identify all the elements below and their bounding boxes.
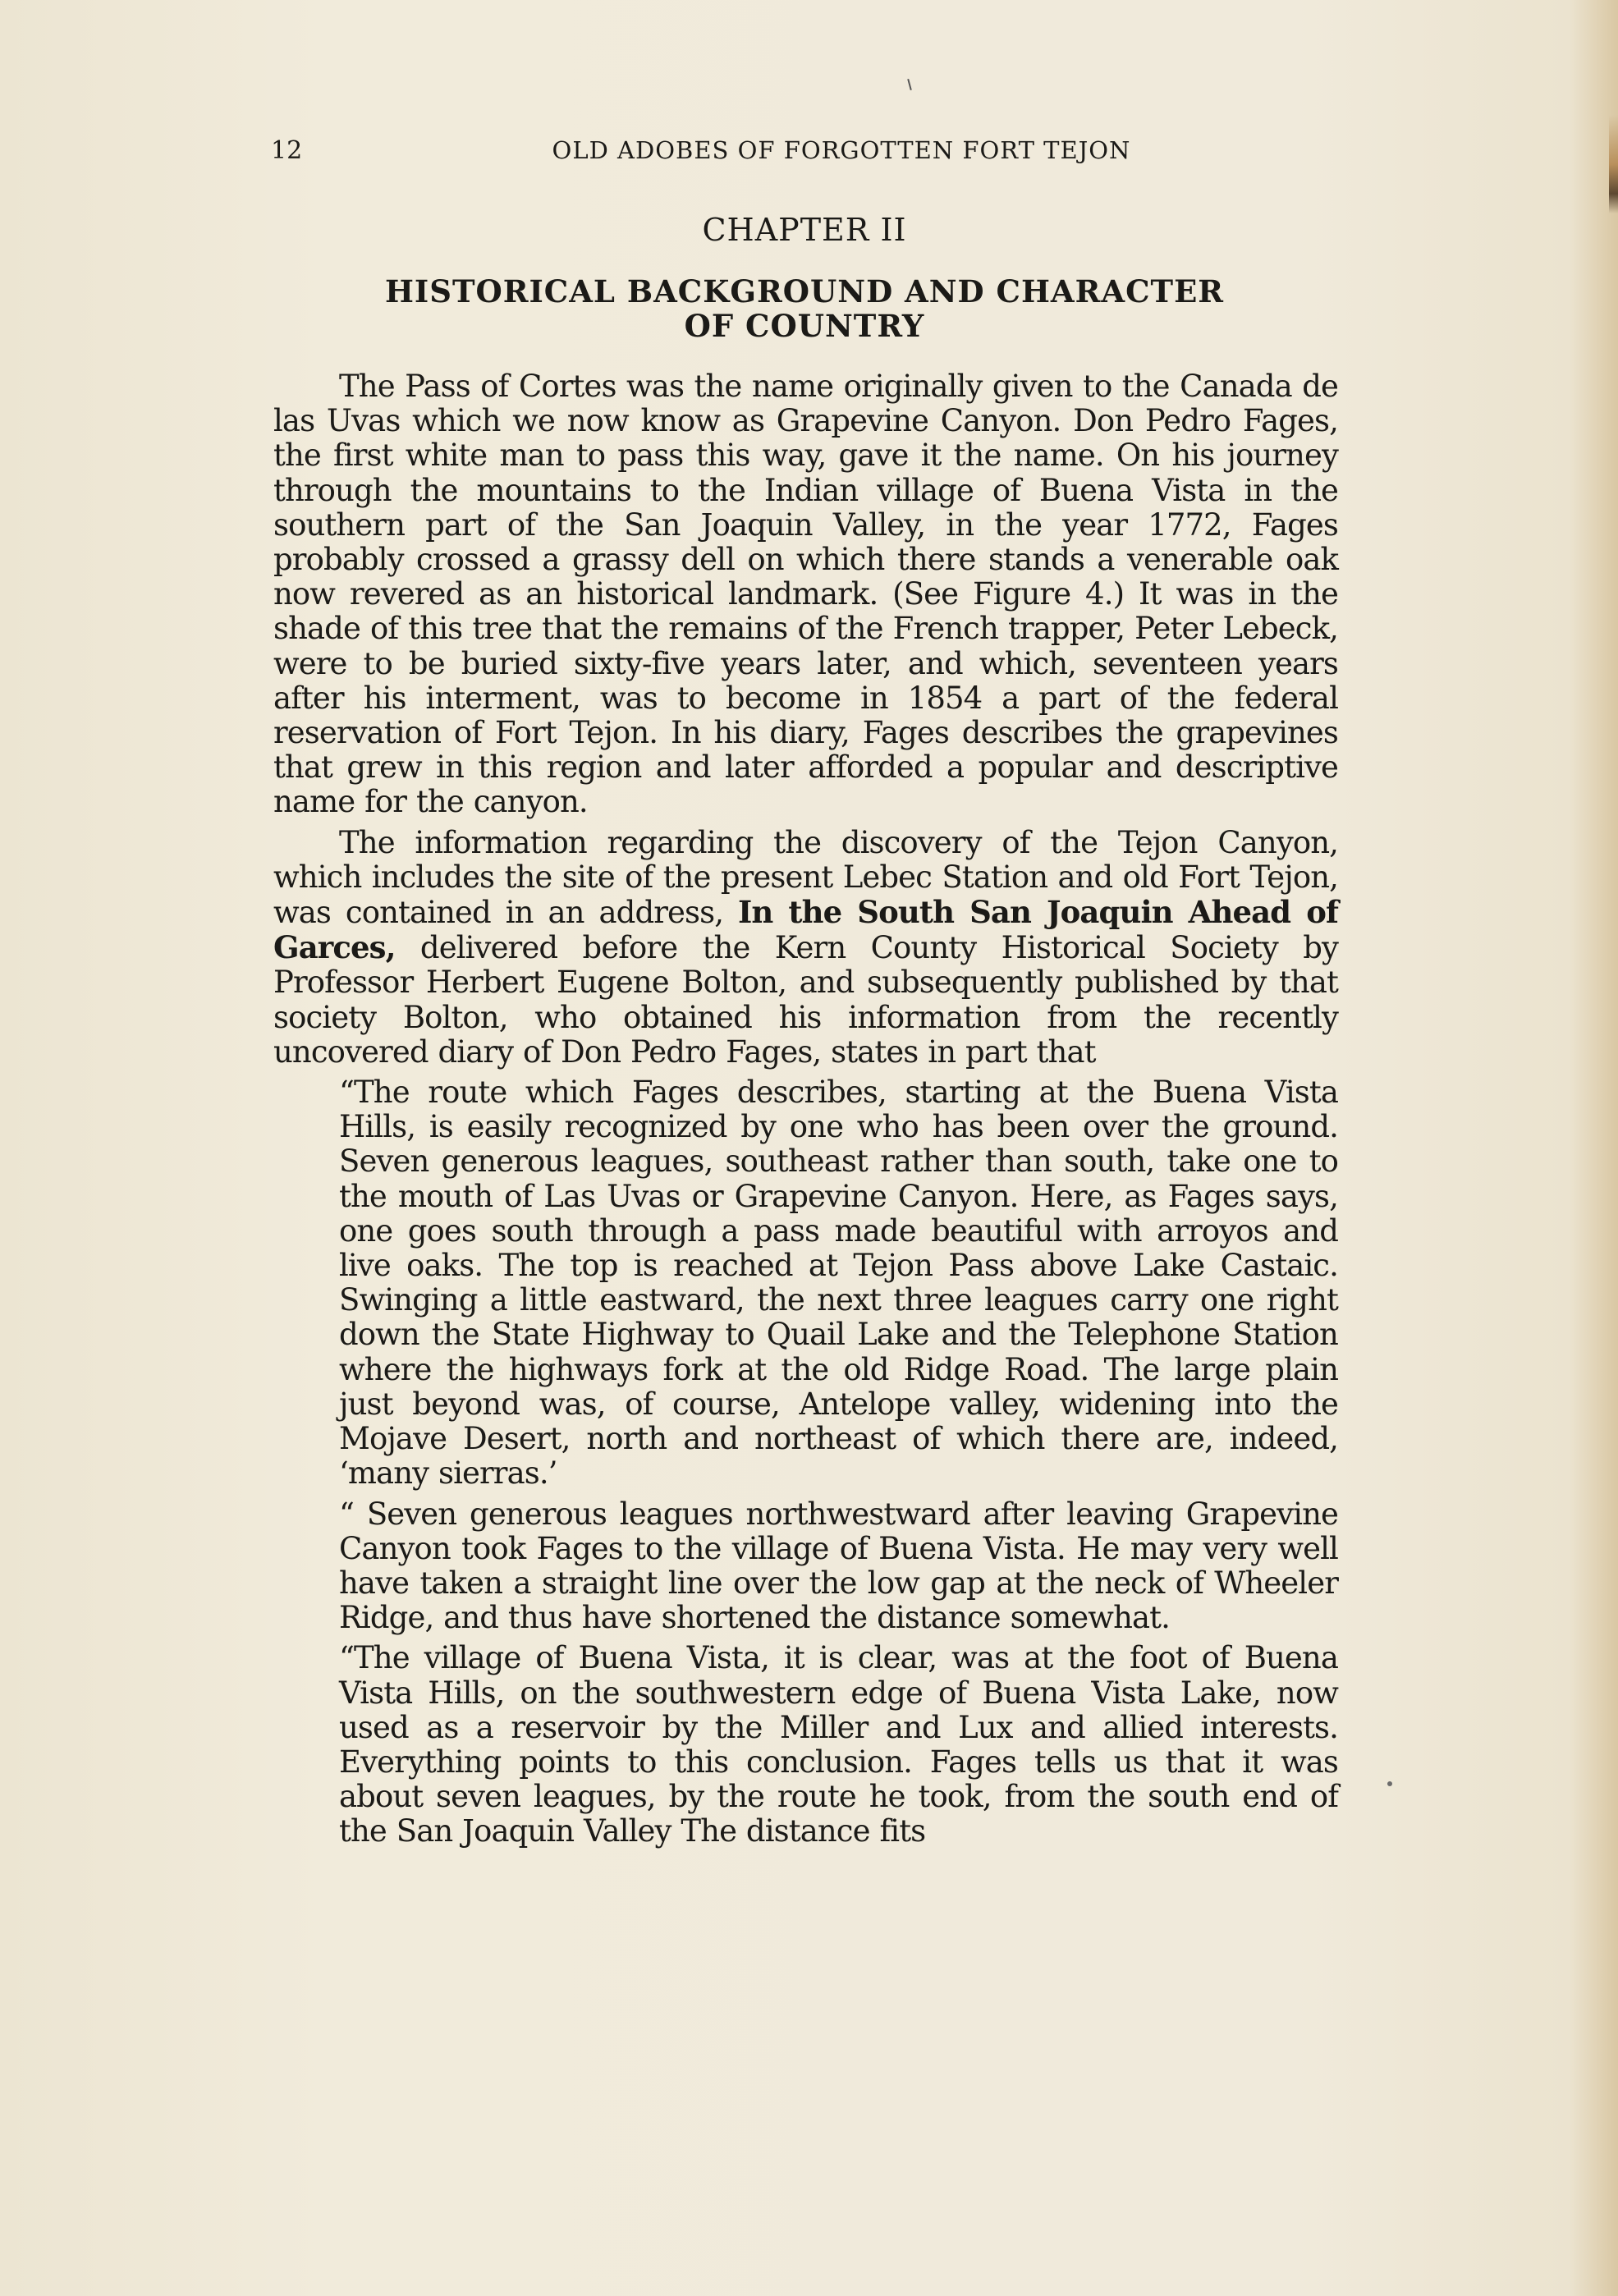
quote-paragraph-2: “ Seven generous leagues northwestward a…	[339, 1497, 1338, 1636]
quote-paragraph-3: “The village of Buena Vista, it is clear…	[339, 1641, 1338, 1849]
quote-paragraph-1: “The route which Fages describes, starti…	[339, 1075, 1338, 1491]
body-text: The Pass of Cortes was the name original…	[273, 369, 1338, 1855]
running-head: 12 OLD ADOBES OF FORGOTTEN FORT TEJON	[271, 136, 1338, 169]
running-title: OLD ADOBES OF FORGOTTEN FORT TEJON	[271, 136, 1412, 164]
page-edge-stain	[1609, 115, 1618, 213]
quote-1-text: “The route which Fages describes, starti…	[339, 1075, 1338, 1491]
paragraph-1: The Pass of Cortes was the name original…	[273, 369, 1338, 820]
chapter-title-line-1: HISTORICAL BACKGROUND AND CHARACTER	[271, 274, 1338, 309]
chapter-title: HISTORICAL BACKGROUND AND CHARACTER OF C…	[271, 274, 1338, 343]
scanned-page: 12 OLD ADOBES OF FORGOTTEN FORT TEJON CH…	[0, 0, 1618, 2296]
scan-mark	[907, 79, 912, 90]
quote-3-text: “The village of Buena Vista, it is clear…	[339, 1640, 1338, 1849]
quote-2-text: “ Seven generous leagues northwestward a…	[339, 1496, 1338, 1636]
ink-speck	[1387, 1781, 1392, 1786]
chapter-label: CHAPTER II	[271, 212, 1338, 248]
chapter-title-line-2: OF COUNTRY	[271, 309, 1338, 343]
paragraph-2: The information regarding the discovery …	[273, 826, 1338, 1070]
paragraph-2-text-b: delivered before the Kern County Histori…	[273, 930, 1338, 1070]
